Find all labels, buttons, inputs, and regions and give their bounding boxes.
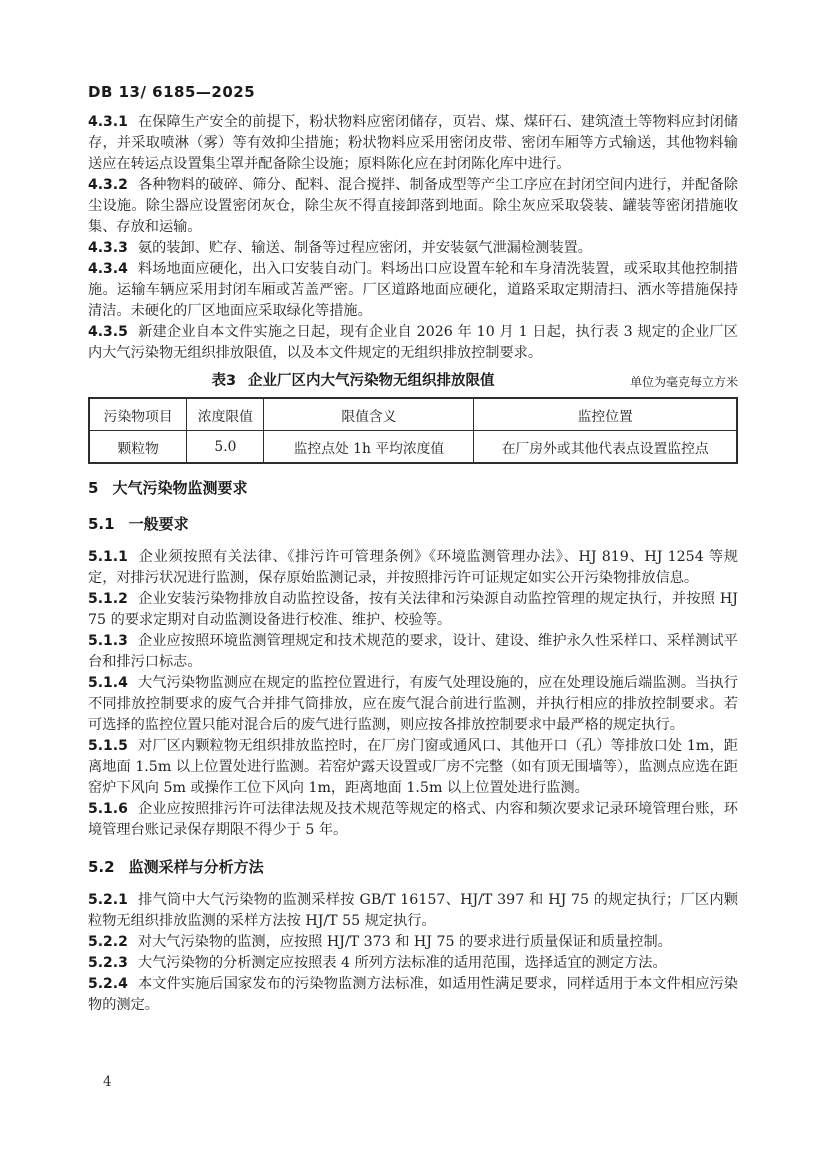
clause-number: 5.1.6 xyxy=(88,801,128,817)
table3-cell-pollutant: 颗粒物 xyxy=(89,431,187,464)
clause-text: 排气筒中大气污染物的监测采样按 GB/T 16157、HJ/T 397 和 HJ… xyxy=(88,892,738,929)
clause-5-2-3: 5.2.3大气污染物的分析测定应按照表 4 所列方法标准的适用范围，选择适宜的测… xyxy=(88,953,738,974)
clause-5-1-3: 5.1.3企业应按照环境监测管理规定和技术规范的要求，设计、建设、维护永久性采样… xyxy=(88,631,738,673)
clause-text: 新建企业自本文件实施之日起，现有企业自 2026 年 10 月 1 日起，执行表… xyxy=(88,324,738,361)
clause-text: 在保障生产安全的前提下，粉状物料应密闭储存，页岩、煤、煤矸石、建筑渣土等物料应封… xyxy=(88,114,738,172)
table3-col-header: 限值含义 xyxy=(264,398,474,431)
clause-4-3-1: 4.3.1在保障生产安全的前提下，粉状物料应密闭储存，页岩、煤、煤矸石、建筑渣土… xyxy=(88,112,738,175)
table3-data-row: 颗粒物 5.0 监控点处 1h 平均浓度值 在厂房外或其他代表点设置监控点 xyxy=(89,431,737,464)
clause-number: 5.1.1 xyxy=(88,549,128,565)
clause-number: 4.3.1 xyxy=(88,114,128,130)
table3-cell-location: 在厂房外或其他代表点设置监控点 xyxy=(474,431,737,464)
clause-text: 各种物料的破碎、筛分、配料、混合搅拌、制备成型等产尘工序应在封闭空间内进行，并配… xyxy=(88,177,738,235)
clause-text: 企业须按照有关法律、《排污许可管理条例》《环境监测管理办法》、HJ 819、HJ… xyxy=(88,549,738,586)
table3-caption-label: 表3 xyxy=(211,373,236,389)
section-title: 监测采样与分析方法 xyxy=(129,858,264,876)
clause-number: 5.2.4 xyxy=(88,976,128,992)
clause-5-1-4: 5.1.4大气污染物监测应在规定的监控位置进行，有废气处理设施的，应在处理设施后… xyxy=(88,673,738,736)
document-page: DB 13/ 6185—2025 4.3.1在保障生产安全的前提下，粉状物料应密… xyxy=(0,0,822,1163)
section5-heading: 5大气污染物监测要求 xyxy=(88,477,738,498)
table3-caption-title: 企业厂区内大气污染物无组织排放限值 xyxy=(248,373,495,389)
clause-number: 5.1.5 xyxy=(88,738,128,754)
table3-cell-limit: 5.0 xyxy=(187,431,264,464)
clause-text: 氨的装卸、贮存、输送、制备等过程应密闭，并安装氨气泄漏检测装置。 xyxy=(138,240,592,256)
clause-number: 5.2.3 xyxy=(88,955,128,971)
clause-4-3-2: 4.3.2各种物料的破碎、筛分、配料、混合搅拌、制备成型等产尘工序应在封闭空间内… xyxy=(88,175,738,238)
clause-5-1-1: 5.1.1企业须按照有关法律、《排污许可管理条例》《环境监测管理办法》、HJ 8… xyxy=(88,547,738,589)
clause-5-2-1: 5.2.1排气筒中大气污染物的监测采样按 GB/T 16157、HJ/T 397… xyxy=(88,890,738,932)
page-number: 4 xyxy=(103,1074,112,1090)
clause-number: 5.1.3 xyxy=(88,633,128,649)
table3-caption-row: 表3企业厂区内大气污染物无组织排放限值 单位为毫克每立方米 xyxy=(88,369,738,389)
clause-5-1-5: 5.1.5对厂区内颗粒物无组织排放监控时，在厂房门窗或通风口、其他开口（孔）等排… xyxy=(88,736,738,799)
clause-number: 5.1.2 xyxy=(88,591,128,607)
clause-number: 4.3.2 xyxy=(88,177,128,193)
standard-code: DB 13/ 6185—2025 xyxy=(88,83,255,101)
section-title: 一般要求 xyxy=(129,515,189,533)
table3-col-header: 污染物项目 xyxy=(89,398,187,431)
clause-text: 对厂区内颗粒物无组织排放监控时，在厂房门窗或通风口、其他开口（孔）等排放口处 1… xyxy=(88,738,738,796)
clause-text: 对大气污染物的监测，应按照 HJ/T 373 和 HJ 75 的要求进行质量保证… xyxy=(138,934,672,950)
clause-5-1-2: 5.1.2企业安装污染物排放自动监控设备，按有关法律和污染源自动监控管理的规定执… xyxy=(88,589,738,631)
table3-col-header: 监控位置 xyxy=(474,398,737,431)
clause-text: 企业应按照排污许可法律法规及技术规范等规定的格式、内容和频次要求记录环境管理台账… xyxy=(88,801,738,838)
clause-number: 5.2.2 xyxy=(88,934,128,950)
section-title: 大气污染物监测要求 xyxy=(112,479,247,497)
clause-number: 5.1.4 xyxy=(88,675,128,691)
table3-header-row: 污染物项目 浓度限值 限值含义 监控位置 xyxy=(89,398,737,431)
clause-5-2-4: 5.2.4本文件实施后国家发布的污染物监测方法标准，如适用性满足要求，同样适用于… xyxy=(88,974,738,1016)
clause-text: 本文件实施后国家发布的污染物监测方法标准，如适用性满足要求，同样适用于本文件相应… xyxy=(88,976,738,1013)
table3-col-header: 浓度限值 xyxy=(187,398,264,431)
clause-4-3-4: 4.3.4料场地面应硬化，出入口安装自动门。料场出口应设置车轮和车身清洗装置，或… xyxy=(88,259,738,322)
table3-emission-limits: 污染物项目 浓度限值 限值含义 监控位置 颗粒物 5.0 监控点处 1h 平均浓… xyxy=(88,397,738,464)
page-content: 4.3.1在保障生产安全的前提下，粉状物料应密闭储存，页岩、煤、煤矸石、建筑渣土… xyxy=(88,112,738,1016)
clause-text: 大气污染物的分析测定应按照表 4 所列方法标准的适用范围，选择适宜的测定方法。 xyxy=(138,955,667,971)
table3-caption: 表3企业厂区内大气污染物无组织排放限值 xyxy=(28,369,678,390)
clause-number: 4.3.3 xyxy=(88,240,128,256)
table3-cell-meaning: 监控点处 1h 平均浓度值 xyxy=(264,431,474,464)
section5-1-heading: 5.1一般要求 xyxy=(88,513,738,534)
clause-number: 5.2.1 xyxy=(88,892,128,908)
section-number: 5.1 xyxy=(88,515,115,533)
clause-text: 企业安装污染物排放自动监控设备，按有关法律和污染源自动监控管理的规定执行，并按照… xyxy=(88,591,738,628)
clause-number: 4.3.5 xyxy=(88,324,128,340)
clause-4-3-5: 4.3.5新建企业自本文件实施之日起，现有企业自 2026 年 10 月 1 日… xyxy=(88,322,738,364)
section5-2-heading: 5.2监测采样与分析方法 xyxy=(88,856,738,877)
clause-text: 大气污染物监测应在规定的监控位置进行，有废气处理设施的，应在处理设施后端监测。当… xyxy=(88,675,738,733)
section-number: 5.2 xyxy=(88,858,115,876)
table3-unit-note: 单位为毫克每立方米 xyxy=(630,373,738,390)
clause-5-2-2: 5.2.2对大气污染物的监测，应按照 HJ/T 373 和 HJ 75 的要求进… xyxy=(88,932,738,953)
clause-number: 4.3.4 xyxy=(88,261,128,277)
clause-text: 企业应按照环境监测管理规定和技术规范的要求，设计、建设、维护永久性采样口、采样测… xyxy=(88,633,738,670)
clause-4-3-3: 4.3.3氨的装卸、贮存、输送、制备等过程应密闭，并安装氨气泄漏检测装置。 xyxy=(88,238,738,259)
clause-5-1-6: 5.1.6企业应按照排污许可法律法规及技术规范等规定的格式、内容和频次要求记录环… xyxy=(88,799,738,841)
clause-text: 料场地面应硬化，出入口安装自动门。料场出口应设置车轮和车身清洗装置，或采取其他控… xyxy=(88,261,738,319)
section-number: 5 xyxy=(88,479,98,497)
